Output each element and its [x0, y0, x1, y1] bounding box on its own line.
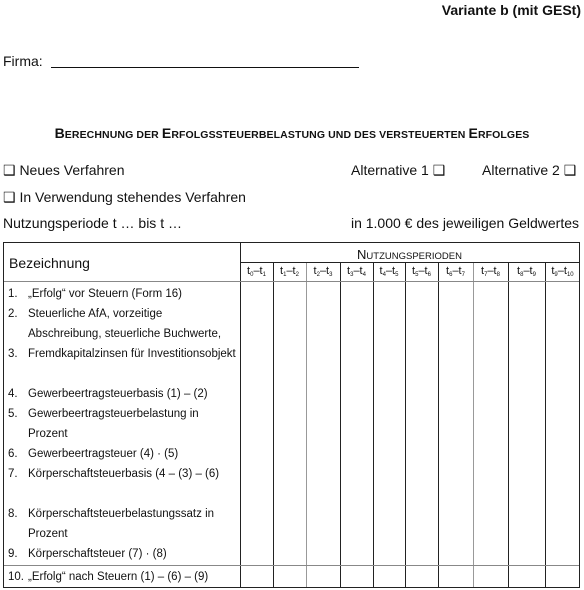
period-column-header: t7–t8	[473, 265, 508, 278]
checkbox-alternative-2[interactable]: Alternative 2 ❑	[482, 162, 576, 179]
column-divider	[240, 243, 241, 587]
period-column-header: t6–t7	[438, 265, 473, 278]
row-text: Körperschaftsteuerbasis (4 – (3) – (6)	[28, 464, 238, 484]
row-text: Körperschaftsteuerbelastungssatz in Proz…	[28, 504, 238, 544]
period-column-header: t9–t10	[545, 265, 580, 278]
period-column-header: t2–t3	[306, 265, 340, 278]
table-row: 3.Fremdkapitalzinsen für Investitionsobj…	[8, 344, 238, 364]
checkbox-existing-process[interactable]: ❑ In Verwendung stehendes Verfahren	[3, 189, 246, 206]
period-column-header: t1–t2	[273, 265, 306, 278]
title-part: BERECHNUNG DER	[55, 125, 162, 141]
row-number: 1.	[8, 284, 18, 304]
column-divider	[438, 262, 439, 587]
period-column-header: t0–t1	[240, 265, 273, 278]
row-number: 5.	[8, 404, 18, 424]
period-column-header: t4–t5	[373, 265, 405, 278]
row-text: Steuerliche AfA, vorzeitige Abschreibung…	[28, 304, 238, 344]
table-row: 5.Gewerbeertragsteuerbelastung in Prozen…	[8, 404, 238, 444]
row-number: 7.	[8, 464, 18, 484]
table-row: 10.„Erfolg“ nach Steuern (1) – (6) – (9)	[8, 567, 238, 587]
row-number: 2.	[8, 304, 18, 324]
period-label: Nutzungsperiode t … bis t …	[3, 215, 182, 231]
header-divider	[240, 262, 579, 263]
row-text: Gewerbeertragsteuer (4) · (5)	[28, 444, 238, 464]
column-divider	[473, 262, 474, 587]
table-row: 9.Körperschaftsteuer (7) · (8)	[8, 544, 238, 564]
row-text: „Erfolg“ nach Steuern (1) – (6) – (9)	[28, 567, 238, 587]
period-column-header: t3–t4	[340, 265, 373, 278]
column-divider	[306, 262, 307, 587]
column-divider	[508, 262, 509, 587]
column-divider	[273, 262, 274, 587]
table-row: 8.Körperschaftsteuerbelastungssatz in Pr…	[8, 504, 238, 544]
row-text: Gewerbeertragsteuerbasis (1) – (2)	[28, 384, 238, 404]
row-text: Gewerbeertragsteuerbelastung in Prozent	[28, 404, 238, 444]
firma-input-line[interactable]	[51, 67, 359, 68]
row-number: 6.	[8, 444, 18, 464]
total-row-divider	[4, 565, 579, 566]
column-divider	[373, 262, 374, 587]
row-number: 10.	[8, 567, 24, 587]
checkbox-alternative-1[interactable]: Alternative 1 ❑	[351, 162, 445, 179]
row-text: Fremdkapitalzinsen für Investitionsobjek…	[28, 344, 238, 364]
row-text: „Erfolg“ vor Steuern (Form 16)	[28, 284, 238, 304]
unit-label: in 1.000 € des jeweiligen Geldwertes	[351, 215, 579, 231]
variant-label: Variante b (mit GESt)	[442, 2, 581, 18]
title-part: ERFOLGSSTEUERBELASTUNG UND DES VERSTEUER…	[162, 125, 469, 141]
checkbox-new-process[interactable]: ❑ Neues Verfahren	[3, 162, 125, 179]
row-text: Körperschaftsteuer (7) · (8)	[28, 544, 238, 564]
table-row: 6.Gewerbeertragsteuer (4) · (5)	[8, 444, 238, 464]
firma-label: Firma:	[3, 53, 43, 69]
table-row: 2.Steuerliche AfA, vorzeitige Abschreibu…	[8, 304, 238, 344]
period-column-header: t8–t9	[508, 265, 545, 278]
table-row: 4.Gewerbeertragsteuerbasis (1) – (2)	[8, 384, 238, 404]
label-column-header: Bezeichnung	[9, 255, 90, 271]
table-row: 1.„Erfolg“ vor Steuern (Form 16)	[8, 284, 238, 304]
calculation-table: Bezeichnung NUTZUNGSPERIODEN t0–t1t1–t2t…	[3, 242, 580, 588]
row-number: 4.	[8, 384, 18, 404]
period-column-header: t5–t6	[405, 265, 438, 278]
column-divider	[340, 262, 341, 587]
row-number: 3.	[8, 344, 18, 364]
form-title: BERECHNUNG DER ERFOLGSSTEUERBELASTUNG UN…	[0, 125, 584, 141]
column-divider	[545, 262, 546, 587]
column-divider	[405, 262, 406, 587]
header-bottom-divider	[4, 281, 579, 282]
periods-header: NUTZUNGSPERIODEN	[240, 247, 579, 262]
title-part: ERFOLGES	[469, 125, 530, 141]
row-number: 9.	[8, 544, 18, 564]
table-row: 7.Körperschaftsteuerbasis (4 – (3) – (6)	[8, 464, 238, 484]
row-number: 8.	[8, 504, 18, 524]
